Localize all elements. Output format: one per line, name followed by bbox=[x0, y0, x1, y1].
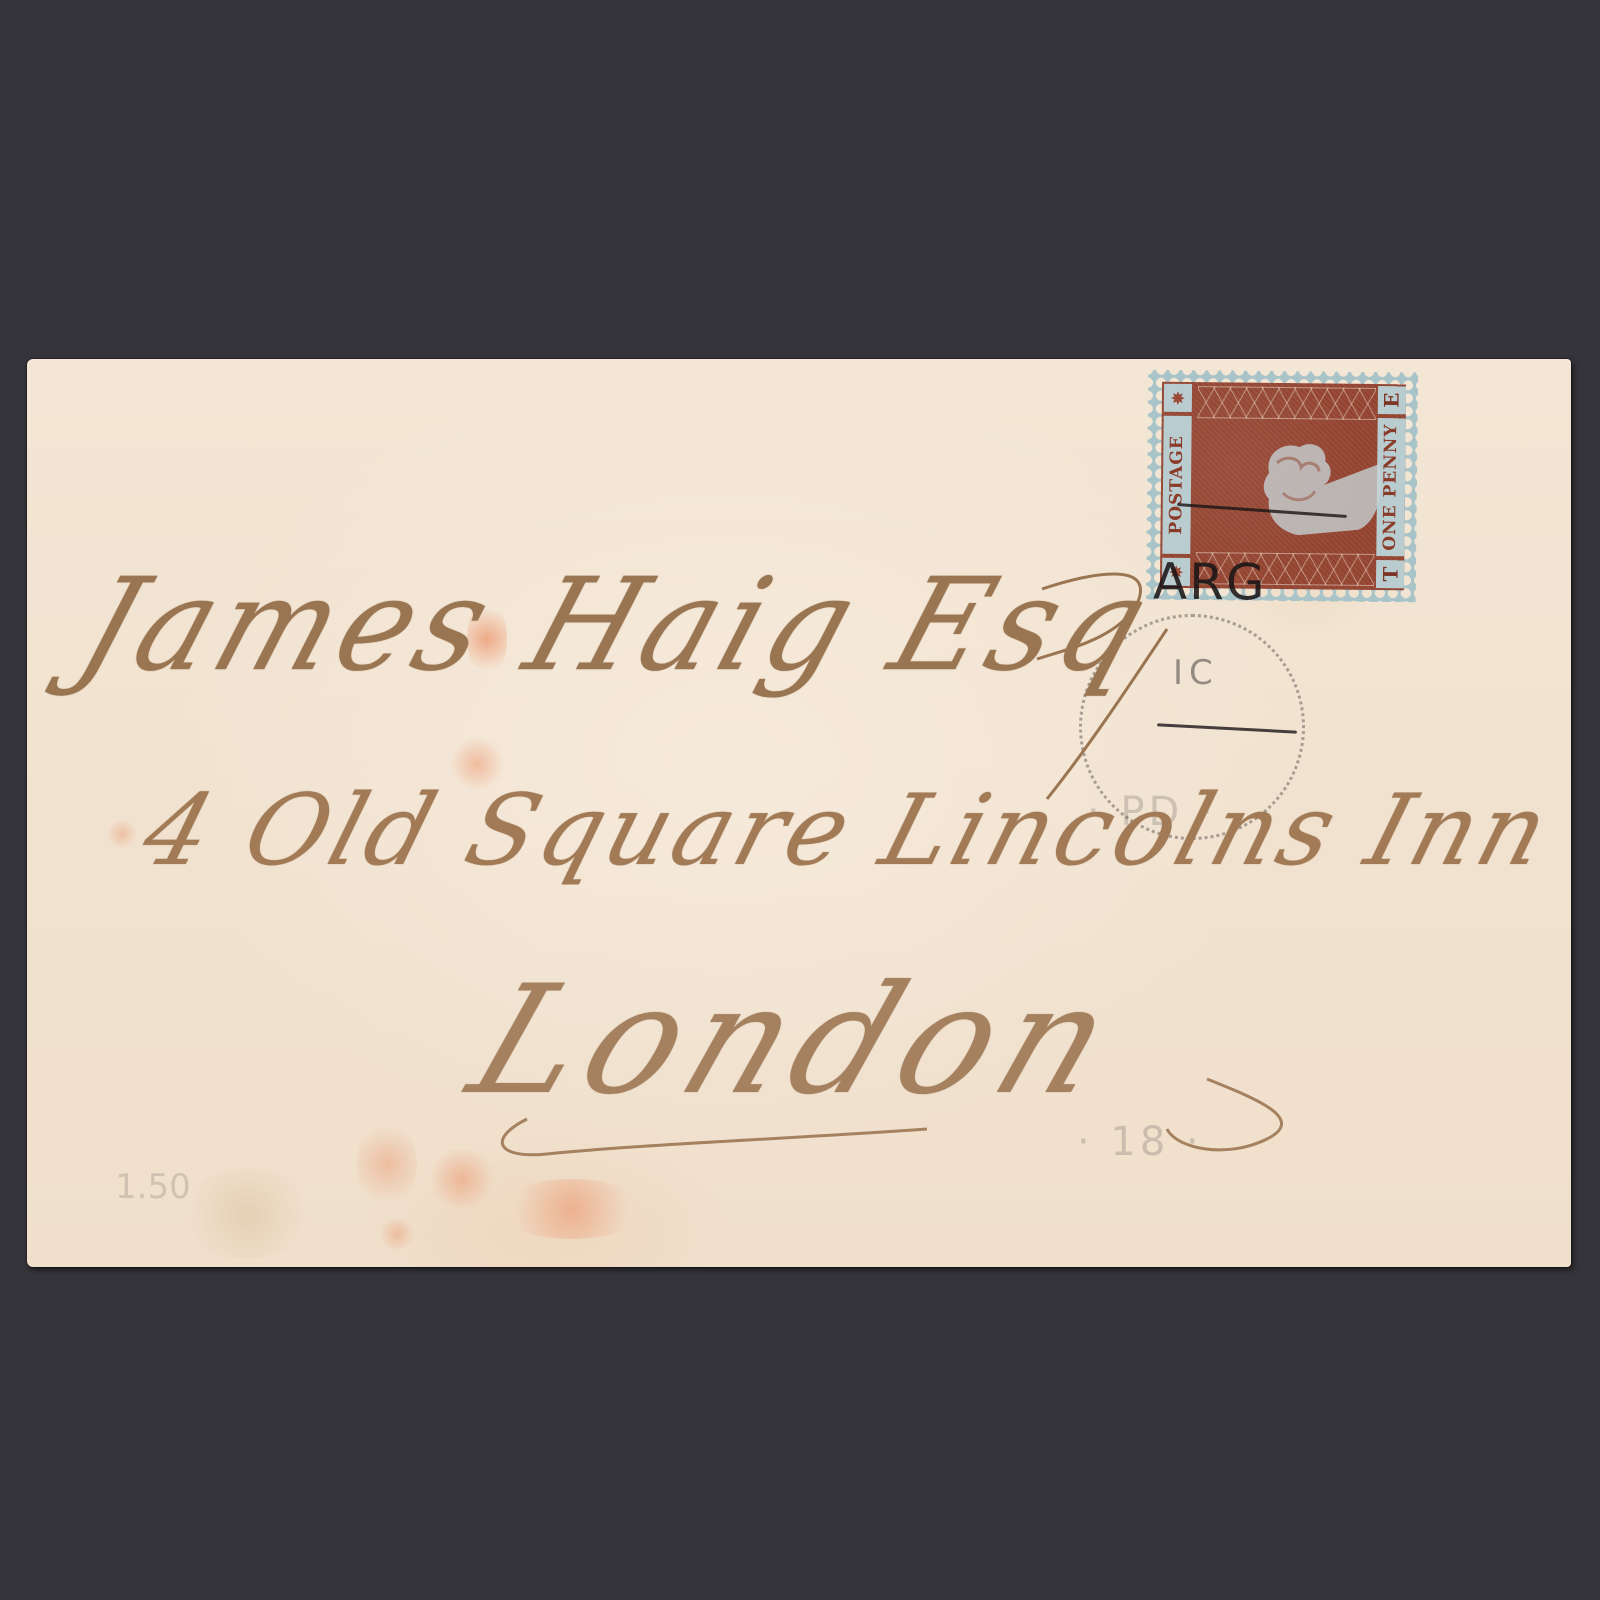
address-line-name: James Haig Esq bbox=[63, 550, 1171, 699]
stamp-frame bbox=[1198, 386, 1376, 420]
address-line-street: 4 Old Square Lincolns Inn bbox=[131, 774, 1564, 888]
red-stain bbox=[497, 1179, 647, 1239]
red-stain bbox=[427, 1149, 497, 1209]
photo-scene: IC · PD · · 18 · ✵ ✵ E T POSTAGE ONE PEN… bbox=[0, 0, 1600, 1600]
red-stain bbox=[357, 1119, 417, 1209]
red-stain bbox=[377, 1219, 417, 1249]
cancellation-mark: ARG bbox=[1153, 553, 1267, 612]
check-letter-bottom: T bbox=[1376, 560, 1404, 588]
address-line-city: London bbox=[450, 954, 1143, 1128]
postmark-fragment: IC bbox=[1173, 653, 1219, 693]
envelope: IC · PD · · 18 · ✵ ✵ E T POSTAGE ONE PEN… bbox=[27, 359, 1571, 1267]
queen-victoria-portrait bbox=[1238, 433, 1389, 555]
star-ornament-icon: ✵ bbox=[1164, 384, 1192, 412]
faint-postmark: · 18 · bbox=[1077, 1119, 1203, 1165]
foxing bbox=[177, 1169, 317, 1259]
red-stain bbox=[107, 819, 137, 849]
stamp-label-postage: POSTAGE bbox=[1162, 416, 1191, 554]
check-letter-top: E bbox=[1378, 386, 1406, 414]
pencil-price-note: 1.50 bbox=[115, 1167, 191, 1207]
